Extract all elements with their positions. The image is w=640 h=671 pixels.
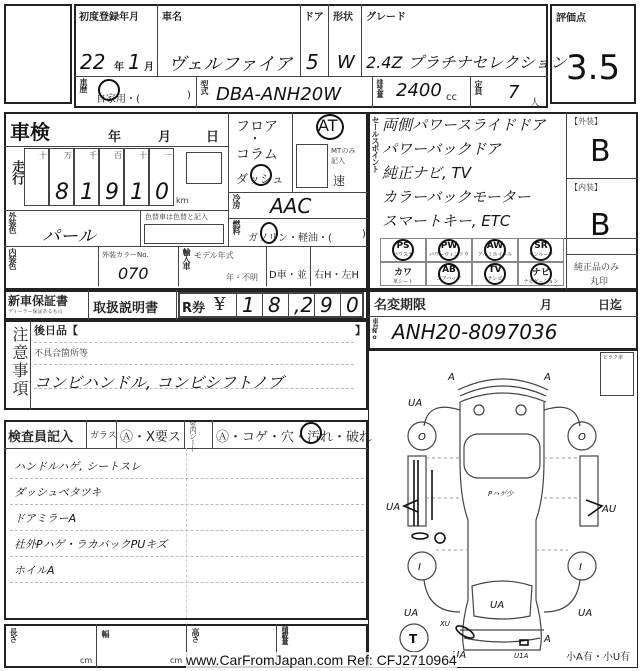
inspector-comment: 社外Pハゲ・ラカバックPUキズ [14, 536, 167, 552]
equipment-circle [530, 239, 552, 261]
first-registration-label: 初度登録年月 [79, 8, 139, 23]
car-diagram: A A UA O O UA AU I I UA UA UA UA U1A A X… [368, 350, 638, 668]
recycle-digit: 1 [242, 293, 255, 317]
inspector-comment: ダッシュベタツキ [14, 484, 101, 500]
doors-value: 5 [306, 50, 319, 74]
equipment-circle [438, 263, 460, 285]
equipment-circle [484, 263, 506, 285]
fuel-selected-circle [260, 222, 278, 244]
equipment-circle [530, 263, 552, 285]
svg-text:A: A [543, 372, 551, 383]
odometer-digit: 9 [105, 180, 119, 205]
stain-circle [300, 422, 322, 444]
svg-text:Pハゲ少: Pハゲ少 [488, 490, 514, 498]
shift-selected-circle [250, 164, 272, 186]
odometer-header: 十 [139, 150, 147, 161]
body-shape-label: 形状 [333, 8, 353, 23]
sales-point-item: カラーバックモーター [382, 186, 531, 207]
exterior-grade-value: B [590, 134, 611, 169]
exterior-color-value: パール [42, 222, 96, 248]
sales-point-item: パワーバックドア [382, 138, 501, 159]
svg-text:T: T [409, 632, 418, 646]
inspector-comment: ホイルA [14, 562, 55, 578]
equipment-circle [484, 239, 506, 261]
equipment-option-カワ: カワ革シート [380, 265, 426, 285]
history-selected-circle [98, 79, 120, 101]
odometer-header: 十 [39, 150, 47, 161]
capacity-value: 7 [508, 82, 519, 103]
displacement-value: 2400 [396, 80, 442, 101]
inspector-comment: ドアミラーA [14, 510, 76, 526]
first-registration-month: 1 [128, 50, 141, 74]
svg-text:XU: XU [439, 620, 450, 628]
svg-text:UA: UA [578, 608, 592, 619]
recycle-digit: ,2 [294, 293, 313, 317]
svg-text:UA: UA [408, 398, 422, 409]
svg-text:I: I [418, 562, 421, 573]
svg-text:O: O [418, 432, 426, 443]
equipment-circle [392, 239, 414, 261]
odometer-header: 一 [164, 150, 172, 161]
notes-text: コンビハンドル, コンビシフトノブ [34, 370, 283, 393]
odometer-digit: 0 [155, 180, 169, 205]
svg-text:I: I [579, 562, 582, 573]
sales-points-label: セールスポイント [370, 116, 381, 172]
svg-text:O: O [578, 432, 586, 443]
svg-text:UA: UA [404, 608, 418, 619]
recycle-digit: 9 [320, 293, 333, 317]
score-value: 3.5 [566, 48, 620, 88]
odometer-digit: 1 [80, 180, 94, 205]
recycle-digit: 0 [346, 293, 359, 317]
color-number-value: 070 [118, 264, 149, 283]
shaken-label: 車検 [10, 116, 50, 145]
inspector-comment: ハンドルハゲ, シートスレ [14, 458, 141, 474]
sales-point-item: 両側パワースライドドア [382, 114, 545, 135]
odometer-digit: 1 [130, 180, 144, 205]
svg-text:A: A [447, 372, 455, 383]
photo-box [4, 4, 72, 104]
svg-text:UA: UA [490, 600, 504, 611]
sales-point-item: スマートキー, ETC [382, 210, 510, 231]
svg-text:U1A: U1A [514, 652, 529, 660]
car-name: ヴェルファイア [168, 50, 292, 76]
car-name-label: 車名 [162, 8, 182, 23]
first-registration-year: 22 [80, 50, 105, 74]
score-label: 評価点 [556, 9, 586, 24]
odometer-header: 千 [89, 150, 97, 161]
recycle-digit: 8 [268, 293, 281, 317]
aircon-value: AAC [270, 194, 311, 218]
transmission-value: AT [318, 116, 337, 135]
odometer-header: 百 [114, 150, 122, 161]
body-shape-value: W [337, 52, 355, 73]
sales-point-item: 純正ナビ, TV [382, 162, 471, 183]
chassis-number: ANH20-8097036 [392, 320, 557, 344]
svg-text:AU: AU [601, 504, 617, 515]
svg-text:A: A [543, 634, 551, 645]
grade-label: グレード [366, 8, 406, 23]
watermark: www.CarFromJapan.com Ref: CFJ2710964 [186, 652, 457, 668]
odometer-digit: 8 [55, 180, 69, 205]
doors-label: ドア [304, 8, 324, 23]
svg-text:UA: UA [386, 502, 400, 513]
diagram-legend: 小A有・小U有 [566, 648, 630, 663]
grade-value: 2.4Z プラチナセレクション [366, 50, 567, 73]
odometer-header: 万 [64, 150, 72, 161]
equipment-circle [438, 239, 460, 261]
model-code: DBA-ANH20W [216, 84, 341, 105]
